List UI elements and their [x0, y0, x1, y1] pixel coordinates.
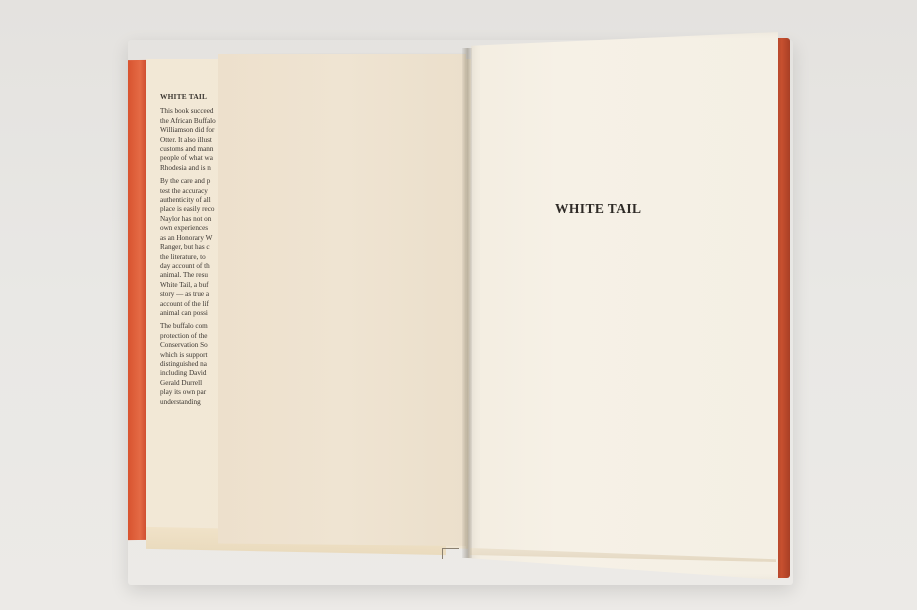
book-gutter [462, 48, 472, 558]
front-endpaper [218, 54, 466, 546]
jacket-paragraph-3: The buffalo com protection of the Conser… [160, 322, 218, 407]
jacket-paragraph-1: This book succeed the African Buffalo Wi… [160, 107, 218, 173]
flap-corner-mark [442, 548, 459, 559]
title-page-heading: WHITE TAIL [555, 201, 641, 217]
jacket-flap-title: WHITE TAIL [160, 92, 218, 101]
title-page [468, 32, 778, 580]
front-cover-edge [128, 60, 148, 540]
book-photo: WHITE TAIL This book succeed the African… [0, 0, 917, 610]
back-cover-edge [776, 38, 790, 578]
jacket-flap-text: WHITE TAIL This book succeed the African… [160, 92, 218, 411]
jacket-paragraph-2: By the care and p test the accuracy auth… [160, 177, 218, 318]
